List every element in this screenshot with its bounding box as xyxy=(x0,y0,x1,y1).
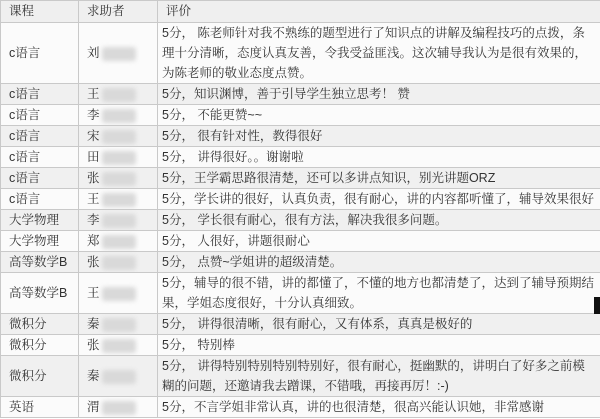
review-cell-text: 5分，学长讲的很好，认真负责，很有耐心，讲的内容都听懂了，辅导效果很好 xyxy=(162,192,594,206)
table-row: c语言 宋 5分， 很有针对性，教得很好 xyxy=(1,126,600,147)
review-cell-text: 5分， 很有针对性，教得很好 xyxy=(162,129,322,143)
redacted-name-blur xyxy=(102,172,136,186)
review-cell-text: 5分， 特别棒 xyxy=(162,338,235,352)
table-row: 英语 渭 5分，不言学姐非常认真，讲的也很清楚，很高兴能认识她，非常感谢 xyxy=(1,397,600,418)
review-cell: 5分， 不能更赞~~ xyxy=(158,105,600,126)
helper-cell: 郑 xyxy=(79,231,158,252)
course-cell-text: c语言 xyxy=(9,108,40,122)
review-cell-text: 5分，王学霸思路很清楚，还可以多讲点知识，别光讲题ORZ xyxy=(162,171,495,185)
review-cell: 5分， 讲得很清晰，很有耐心，又有体系，真真是极好的 xyxy=(158,314,600,335)
review-cell-text: 5分， 点赞~学姐讲的超级清楚。 xyxy=(162,255,342,269)
table-row: 微积分 秦 5分， 讲得特别特别特别特别好，很有耐心，挺幽默的，讲明白了好多之前… xyxy=(1,356,600,397)
course-cell: c语言 xyxy=(1,168,79,189)
course-cell: c语言 xyxy=(1,189,79,210)
course-cell: 微积分 xyxy=(1,314,79,335)
helper-surname: 王 xyxy=(87,286,100,300)
course-cell-text: c语言 xyxy=(9,150,40,164)
helper-cell: 秦 xyxy=(79,314,158,335)
review-cell: 5分， 人很好，讲题很耐心 xyxy=(158,231,600,252)
helper-surname: 秦 xyxy=(87,317,100,331)
helper-surname: 李 xyxy=(87,108,100,122)
helper-surname: 张 xyxy=(87,255,100,269)
review-cell: 5分，辅导的很不错，讲的都懂了，不懂的地方也都清楚了，达到了辅导预期结果，学姐态… xyxy=(158,273,600,314)
helper-cell: 张 xyxy=(79,252,158,273)
helper-surname: 李 xyxy=(87,213,100,227)
table-row: c语言 王 5分，学长讲的很好，认真负责，很有耐心，讲的内容都听懂了，辅导效果很… xyxy=(1,189,600,210)
redacted-name-blur xyxy=(102,47,136,61)
redacted-name-blur xyxy=(102,193,136,207)
table-row: c语言 王 5分，知识渊博，善于引导学生独立思考！ 赞 xyxy=(1,84,600,105)
review-table: 课程 求助者 评价 c语言 刘 5分， 陈老师针对我不熟练的题型进行了知识点的讲… xyxy=(0,0,600,418)
course-cell: 微积分 xyxy=(1,335,79,356)
review-cell-text: 5分， 讲得很清晰，很有耐心，又有体系，真真是极好的 xyxy=(162,317,472,331)
helper-surname: 刘 xyxy=(87,46,100,60)
review-cell-text: 5分， 不能更赞~~ xyxy=(162,108,262,122)
review-cell: 5分， 讲得很好。。谢谢啦 xyxy=(158,147,600,168)
course-cell-text: 高等数学B xyxy=(9,255,67,269)
redacted-name-blur xyxy=(102,287,136,301)
review-cell-text: 5分， 陈老师针对我不熟练的题型进行了知识点的讲解及编程技巧的点拨，条理十分清晰… xyxy=(162,26,587,80)
review-cell: 5分，学长讲的很好，认真负责，很有耐心，讲的内容都听懂了，辅导效果很好 xyxy=(158,189,600,210)
helper-cell: 宋 xyxy=(79,126,158,147)
helper-cell: 渭 xyxy=(79,397,158,418)
course-cell-text: 微积分 xyxy=(9,338,47,352)
redacted-name-blur xyxy=(102,235,136,249)
redacted-name-blur xyxy=(102,214,136,228)
review-cell: 5分，知识渊博，善于引导学生独立思考！ 赞 xyxy=(158,84,600,105)
review-cell: 5分，不言学姐非常认真，讲的也很清楚，很高兴能认识她，非常感谢 xyxy=(158,397,600,418)
table-row: c语言 田 5分， 讲得很好。。谢谢啦 xyxy=(1,147,600,168)
table-row: 微积分 秦 5分， 讲得很清晰，很有耐心，又有体系，真真是极好的 xyxy=(1,314,600,335)
redacted-name-blur xyxy=(102,370,136,384)
helper-cell: 李 xyxy=(79,210,158,231)
course-cell: c语言 xyxy=(1,105,79,126)
course-cell-text: 微积分 xyxy=(9,369,47,383)
course-cell-text: c语言 xyxy=(9,46,40,60)
helper-surname: 渭 xyxy=(87,400,100,414)
review-table-header: 课程 求助者 评价 xyxy=(1,1,600,23)
helper-surname: 王 xyxy=(87,192,100,206)
review-cell: 5分， 陈老师针对我不熟练的题型进行了知识点的讲解及编程技巧的点拨，条理十分清晰… xyxy=(158,23,600,84)
helper-surname: 王 xyxy=(87,87,100,101)
column-header-review: 评价 xyxy=(158,1,600,23)
helper-surname: 张 xyxy=(87,171,100,185)
helper-cell: 秦 xyxy=(79,356,158,397)
review-cell-text: 5分，知识渊博，善于引导学生独立思考！ 赞 xyxy=(162,87,410,101)
table-row: 大学物理 郑 5分， 人很好，讲题很耐心 xyxy=(1,231,600,252)
column-header-helper: 求助者 xyxy=(79,1,158,23)
table-row: 高等数学B 张 5分， 点赞~学姐讲的超级清楚。 xyxy=(1,252,600,273)
table-row: c语言 李 5分， 不能更赞~~ xyxy=(1,105,600,126)
helper-surname: 郑 xyxy=(87,234,100,248)
course-cell-text: c语言 xyxy=(9,87,40,101)
review-cell-text: 5分，辅导的很不错，讲的都懂了，不懂的地方也都清楚了，达到了辅导预期结果，学姐态… xyxy=(162,276,594,310)
review-cell: 5分，王学霸思路很清楚，还可以多讲点知识，别光讲题ORZ xyxy=(158,168,600,189)
review-cell-text: 5分， 讲得特别特别特别特别好，很有耐心，挺幽默的，讲明白了好多之前模糊的问题，… xyxy=(162,359,585,393)
review-cell-text: 5分， 人很好，讲题很耐心 xyxy=(162,234,310,248)
course-cell: c语言 xyxy=(1,84,79,105)
table-row: c语言 张 5分，王学霸思路很清楚，还可以多讲点知识，别光讲题ORZ xyxy=(1,168,600,189)
course-cell: c语言 xyxy=(1,147,79,168)
helper-cell: 王 xyxy=(79,84,158,105)
course-cell-text: c语言 xyxy=(9,171,40,185)
table-row: 微积分 张 5分， 特别棒 xyxy=(1,335,600,356)
review-cell-text: 5分，不言学姐非常认真，讲的也很清楚，很高兴能认识她，非常感谢 xyxy=(162,400,544,414)
review-cell-text: 5分， 讲得很好。。谢谢啦 xyxy=(162,150,304,164)
redacted-name-blur xyxy=(102,109,136,123)
table-row: 大学物理 李 5分， 学长很有耐心，很有方法，解决我很多问题。 xyxy=(1,210,600,231)
course-cell: 大学物理 xyxy=(1,231,79,252)
helper-cell: 王 xyxy=(79,189,158,210)
scrollbar-thumb-artifact[interactable] xyxy=(594,297,600,314)
review-cell-text: 5分， 学长很有耐心，很有方法，解决我很多问题。 xyxy=(162,213,447,227)
course-cell: c语言 xyxy=(1,23,79,84)
review-cell: 5分， 学长很有耐心，很有方法，解决我很多问题。 xyxy=(158,210,600,231)
redacted-name-blur xyxy=(102,130,136,144)
column-header-course: 课程 xyxy=(1,1,79,23)
redacted-name-blur xyxy=(102,151,136,165)
header-row: 课程 求助者 评价 xyxy=(1,1,600,23)
course-cell-text: 大学物理 xyxy=(9,234,59,248)
helper-cell: 张 xyxy=(79,335,158,356)
review-table-body: c语言 刘 5分， 陈老师针对我不熟练的题型进行了知识点的讲解及编程技巧的点拨，… xyxy=(1,23,600,418)
review-cell: 5分， 很有针对性，教得很好 xyxy=(158,126,600,147)
course-cell-text: 大学物理 xyxy=(9,213,59,227)
course-cell: 高等数学B xyxy=(1,252,79,273)
course-cell-text: 英语 xyxy=(9,400,34,414)
helper-cell: 张 xyxy=(79,168,158,189)
course-cell-text: c语言 xyxy=(9,192,40,206)
table-row: 高等数学B 王 5分，辅导的很不错，讲的都懂了，不懂的地方也都清楚了，达到了辅导… xyxy=(1,273,600,314)
helper-cell: 王 xyxy=(79,273,158,314)
course-cell-text: c语言 xyxy=(9,129,40,143)
review-cell: 5分， 点赞~学姐讲的超级清楚。 xyxy=(158,252,600,273)
helper-surname: 宋 xyxy=(87,129,100,143)
course-cell: 英语 xyxy=(1,397,79,418)
helper-cell: 田 xyxy=(79,147,158,168)
helper-cell: 刘 xyxy=(79,23,158,84)
review-cell: 5分， 讲得特别特别特别特别好，很有耐心，挺幽默的，讲明白了好多之前模糊的问题，… xyxy=(158,356,600,397)
redacted-name-blur xyxy=(102,401,136,415)
redacted-name-blur xyxy=(102,318,136,332)
course-cell-text: 高等数学B xyxy=(9,286,67,300)
helper-cell: 李 xyxy=(79,105,158,126)
redacted-name-blur xyxy=(102,88,136,102)
helper-surname: 田 xyxy=(87,150,100,164)
course-cell: c语言 xyxy=(1,126,79,147)
course-cell: 高等数学B xyxy=(1,273,79,314)
helper-surname: 秦 xyxy=(87,369,100,383)
course-cell: 微积分 xyxy=(1,356,79,397)
helper-surname: 张 xyxy=(87,338,100,352)
course-cell: 大学物理 xyxy=(1,210,79,231)
review-cell: 5分， 特别棒 xyxy=(158,335,600,356)
course-cell-text: 微积分 xyxy=(9,317,47,331)
table-row: c语言 刘 5分， 陈老师针对我不熟练的题型进行了知识点的讲解及编程技巧的点拨，… xyxy=(1,23,600,84)
redacted-name-blur xyxy=(102,339,136,353)
redacted-name-blur xyxy=(102,256,136,270)
